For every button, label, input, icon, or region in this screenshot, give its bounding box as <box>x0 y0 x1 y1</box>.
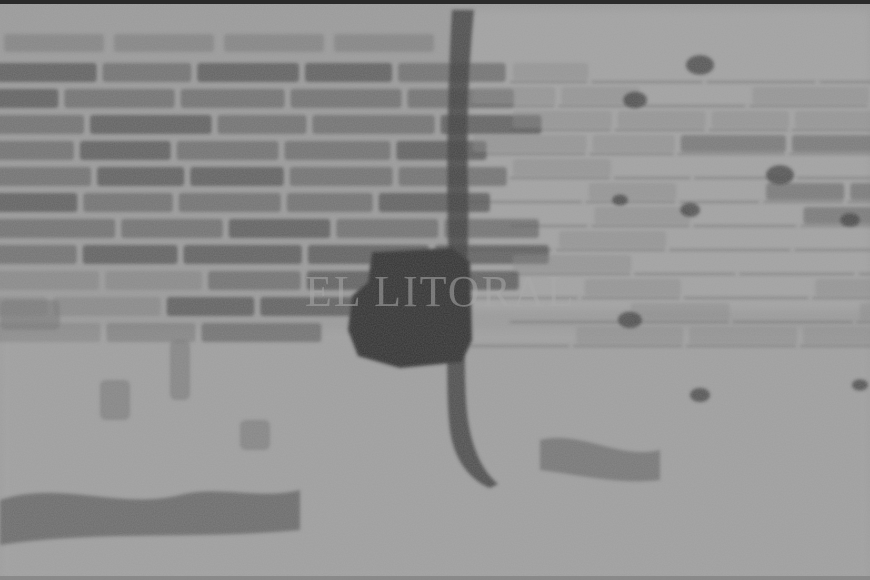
photograph: EL LITORAL Black-and-white archival phot… <box>0 0 870 580</box>
brick-wall-scene <box>0 0 870 580</box>
